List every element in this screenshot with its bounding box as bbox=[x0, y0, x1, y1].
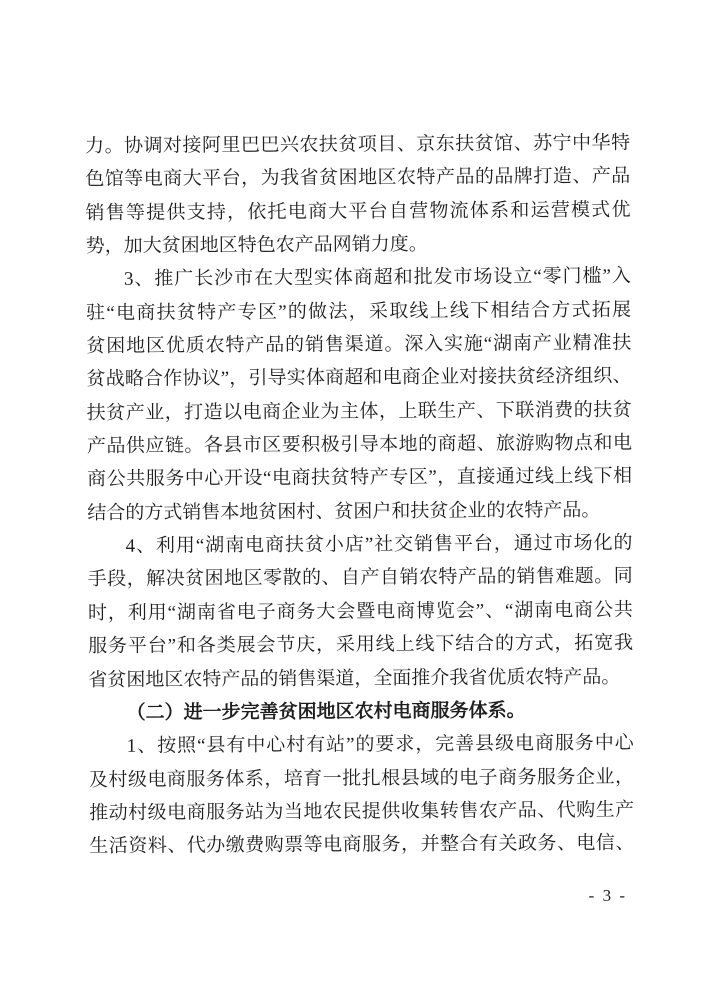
text-line: 及村级电商服务体系，培育一批扎根县域的电子商务服务企业， bbox=[89, 760, 634, 797]
page-number: - 3 - bbox=[589, 884, 627, 908]
document-text-block: 力。协调对接阿里巴巴兴农扶贫项目、京东扶贫馆、苏宁中华特 色馆等电商大平台，为我… bbox=[85, 127, 634, 864]
text-line: 势，加大贫困地区特色农产品网销力度。 bbox=[86, 227, 631, 264]
paragraph-2: 3、推广长沙市在大型实体商超和批发市场设立“零门槛”入 驻“电商扶贫特产专区”的… bbox=[86, 260, 633, 530]
text-line: 色馆等电商大平台，为我省贫困地区农特产品的品牌打造、产品 bbox=[85, 160, 630, 197]
text-line: 销售等提供支持，依托电商大平台自营物流体系和运营模式优 bbox=[85, 193, 630, 230]
text-line: 贫战略合作协议”，引导实体商超和电商企业对接扶贫经济组织、 bbox=[86, 360, 631, 397]
text-line: 时，利用“湖南省电子商务大会暨电商博览会”、“湖南电商公共 bbox=[88, 593, 633, 630]
text-line: 贫困地区优质农特产品的销售渠道。深入实施“湖南产业精准扶 bbox=[86, 327, 631, 364]
text-line: 结合的方式销售本地贫困村、贫困户和扶贫企业的农特产品。 bbox=[87, 493, 632, 530]
paragraph-4: 1、按照“县有中心村有站”的要求，完善县级电商服务中心 及村级电商服务体系，培育… bbox=[89, 727, 635, 864]
text-line: 4、利用“湖南电商扶贫小店”社交销售平台，通过市场化的 bbox=[87, 527, 632, 564]
paragraph-3: 4、利用“湖南电商扶贫小店”社交销售平台，通过市场化的 手段，解决贫困地区零散的… bbox=[87, 527, 633, 697]
text-line: 推动村级电商服务站为当地农民提供收集转售农产品、代购生产 bbox=[89, 794, 634, 831]
text-line: 商公共服务中心开设“电商扶贫特产专区”，直接通过线上线下相 bbox=[87, 460, 632, 497]
text-line: 生活资料、代办缴费购票等电商服务，并整合有关政务、电信、 bbox=[89, 827, 634, 864]
text-line: 驻“电商扶贫特产专区”的做法，采取线上线下相结合方式拓展 bbox=[86, 293, 631, 330]
text-line: 手段，解决贫困地区零散的、自产自销农特产品的销售难题。同 bbox=[88, 560, 633, 597]
document-page: 力。协调对接阿里巴巴兴农扶贫项目、京东扶贫馆、苏宁中华特 色馆等电商大平台，为我… bbox=[0, 0, 711, 1006]
text-line: 力。协调对接阿里巴巴兴农扶贫项目、京东扶贫馆、苏宁中华特 bbox=[85, 127, 630, 164]
text-line: 服务平台”和各类展会节庆，采用线上线下结合的方式，拓宽我 bbox=[88, 627, 633, 664]
text-line: 产品供应链。各县市区要积极引导本地的商超、旅游购物点和电 bbox=[87, 427, 632, 464]
text-line: 1、按照“县有中心村有站”的要求，完善县级电商服务中心 bbox=[89, 727, 634, 764]
text-line: 扶贫产业，打造以电商企业为主体，上联生产、下联消费的扶贫 bbox=[87, 393, 632, 430]
text-line: 省贫困地区农特产品的销售渠道，全面推介我省优质农特产品。 bbox=[88, 660, 633, 697]
text-line: 3、推广长沙市在大型实体商超和批发市场设立“零门槛”入 bbox=[86, 260, 631, 297]
paragraph-1: 力。协调对接阿里巴巴兴农扶贫项目、京东扶贫馆、苏宁中华特 色馆等电商大平台，为我… bbox=[85, 127, 631, 264]
section-heading: （二）进一步完善贫困地区农村电商服务体系。 bbox=[88, 694, 633, 731]
section-heading-block: （二）进一步完善贫困地区农村电商服务体系。 bbox=[88, 694, 633, 731]
